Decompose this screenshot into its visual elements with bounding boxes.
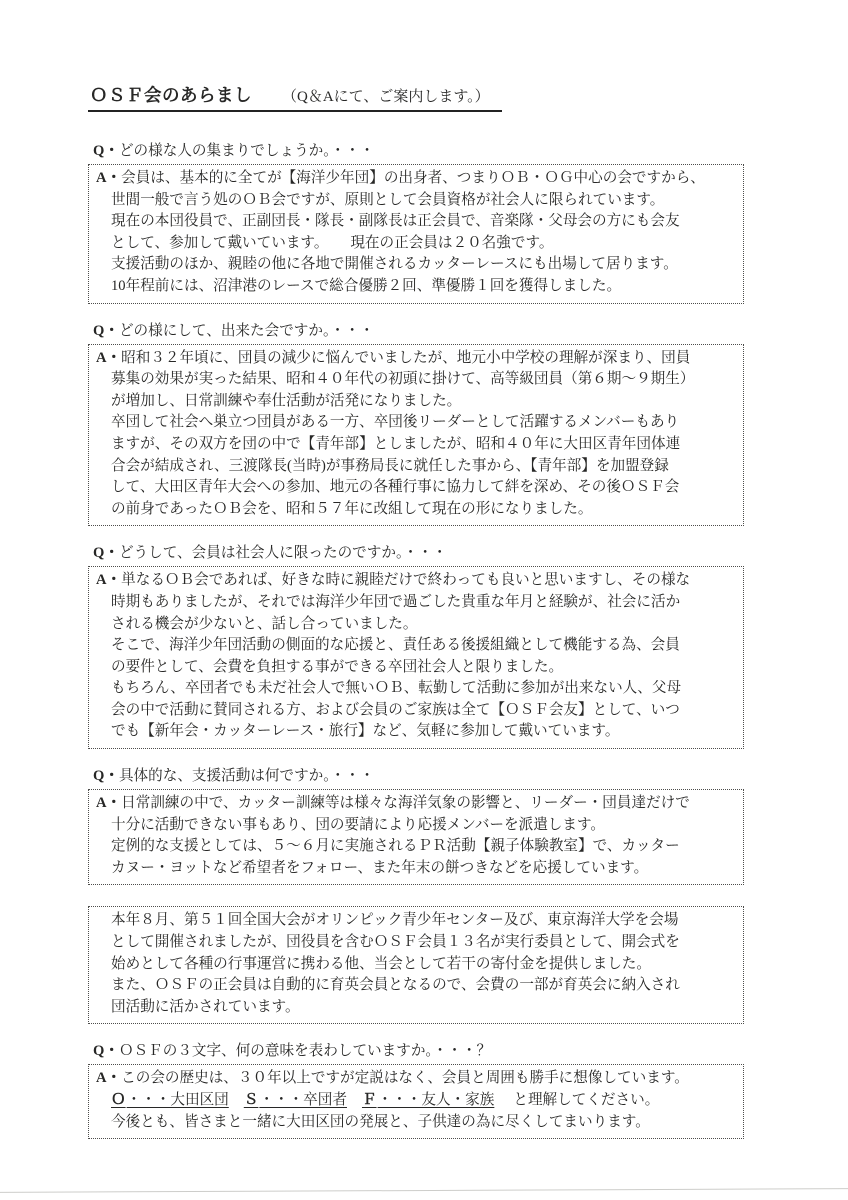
question-5: Q・ＯＳＦの３文字、何の意味を表わしていますか。・・・？ [88, 1039, 744, 1060]
scan-edge-artifact [0, 1188, 848, 1193]
osf-definition-f: Ｆ・・・友人・家族 [362, 1092, 494, 1108]
answer-box-3: A・単なるＯＢ会であれば、好きな時に親睦だけで終わっても良いと思いますし、その様… [88, 566, 744, 749]
question-2: Q・どの様にして、出来た会ですか。・・・ [88, 319, 744, 340]
answer-line: A・昭和３２年頃に、団員の減少に悩んでいましたが、地元小中学校の理解が深まり、団… [96, 348, 738, 370]
question-1: Q・どの様な人の集まりでしょうか。・・・ [88, 139, 744, 160]
answer-line: の前身であったＯＢ会を、昭和５７年に改組して現在の形になりました。 [96, 499, 738, 521]
notice-line: 団活動に活かされています。 [96, 997, 738, 1019]
answer-line: 現在の本団役員で、正副団長・隊長・副隊長は正会員で、音楽隊・父母会の方にも会友 [96, 211, 738, 233]
answer-line: して、大田区青年大会への参加、地元の各種行事に協力して絆を深め、その後ＯＳＦ会 [96, 477, 738, 499]
osf-definition-o: Ｏ・・・大田区団 [111, 1092, 229, 1108]
closing-line: 今後とも、皆さまと一緒に大田区団の発展と、子供達の為に尽くしてまいります。 [96, 1112, 738, 1134]
answer-line: 時期もありましたが、それでは海洋少年団で過ごした貴重な年月と経験が、社会に活か [96, 592, 738, 614]
title-text: ＯＳＦ会のあらまし [90, 85, 252, 105]
answer-line: 募集の効果が実った結果、昭和４０年代の初頭に掛けて、高等級団員（第６期～９期生） [96, 369, 738, 391]
notice-line: また、ＯＳＦの正会員は自動的に育英会員となるので、会費の一部が育英会に納入され [96, 975, 738, 997]
osf-definitions-line: Ｏ・・・大田区団Ｓ・・・卒団者Ｆ・・・友人・家族と理解してください。 [96, 1090, 738, 1112]
qa-section-4: Q・具体的な、支援活動は何ですか。・・・ A・日常訓練の中で、カッター訓練等は様… [88, 764, 744, 885]
osf-letter-s: Ｓ [244, 1092, 259, 1108]
answer-line: そこで、海洋少年団活動の側面的な応援と、責任ある後援組織として機能する為、会員 [96, 635, 738, 657]
answer-line: A・この会の歴史は、３０年以上ですが定説はなく、会員と周囲も勝手に想像しています… [96, 1068, 738, 1090]
answer-box-4: A・日常訓練の中で、カッター訓練等は様々な海洋気象の影響と、リーダー・団員達だけ… [88, 789, 744, 885]
osf-letter-o: Ｏ [111, 1092, 126, 1108]
qa-section-1: Q・どの様な人の集まりでしょうか。・・・ A・会員は、基本的に全てが【海洋少年団… [88, 139, 744, 304]
answer-line: カヌー・ヨットなど希望者をフォロー、また年末の餅つきなどを応援しています。 [96, 858, 738, 880]
question-3: Q・どうして、会員は社会人に限ったのですか。・・・ [88, 541, 744, 562]
document-title: ＯＳＦ会のあらまし（Q＆Aにて、ご案内します。） [88, 82, 502, 112]
answer-box-1: A・会員は、基本的に全てが【海洋少年団】の出身者、つまりＯＢ・ＯＧ中心の会ですか… [88, 164, 744, 304]
answer-line: A・日常訓練の中で、カッター訓練等は様々な海洋気象の影響と、リーダー・団員達だけ… [96, 793, 738, 815]
answer-line: される機会が少ないと、話し合っていました。 [96, 614, 738, 636]
answer-box-5: A・この会の歴史は、３０年以上ですが定説はなく、会員と周囲も勝手に想像しています… [88, 1064, 744, 1139]
notice-line: 始めとして各種の行事運営に携わる他、当会として若干の寄付金を提供しました。 [96, 954, 738, 976]
answer-line: の要件として、会費を負担する事ができる卒団社会人と限りました。 [96, 657, 738, 679]
answer-line: が増加し、日常訓練や奉仕活動が活発になりました。 [96, 391, 738, 413]
answer-line: 支援活動のほか、親睦の他に各地で開催されるカッターレースにも出場して居ります。 [96, 254, 738, 276]
notice-box: 本年８月、第５１回全国大会がオリンピック青少年センター及び、東京海洋大学を会場 … [88, 906, 744, 1024]
notice-section: 本年８月、第５１回全国大会がオリンピック青少年センター及び、東京海洋大学を会場 … [88, 906, 744, 1024]
osf-definition-s: Ｓ・・・卒団者 [244, 1092, 347, 1108]
answer-line: 合会が結成され、三渡隊長(当時)が事務局長に就任した事から、【青年部】を加盟登録 [96, 456, 738, 478]
answer-line: A・単なるＯＢ会であれば、好きな時に親睦だけで終わっても良いと思いますし、その様… [96, 570, 738, 592]
answer-line: 十分に活動できない事もあり、団の要請により応援メンバーを派遣します。 [96, 815, 738, 837]
document-page: ＯＳＦ会のあらまし（Q＆Aにて、ご案内します。） Q・どの様な人の集まりでしょう… [88, 82, 744, 1139]
answer-line: もちろん、卒団者でも未だ社会人で無いＯＢ、転勤して活動に参加が出来ない人、父母 [96, 678, 738, 700]
qa-section-2: Q・どの様にして、出来た会ですか。・・・ A・昭和３２年頃に、団員の減少に悩んで… [88, 319, 744, 527]
answer-line: 卒団して社会へ巣立つ団員がある一方、卒団後リーダーとして活躍するメンバーもあり [96, 412, 738, 434]
title-note: （Q＆Aにて、ご案内します。） [282, 89, 490, 105]
answer-line: ますが、その双方を団の中で【青年部】としましたが、昭和４０年に大田区青年団体連 [96, 434, 738, 456]
answer-line: 定例的な支援としては、５～６月に実施されるＰＲ活動【親子体験教室】で、カッター [96, 836, 738, 858]
qa-section-5: Q・ＯＳＦの３文字、何の意味を表わしていますか。・・・？ A・この会の歴史は、３… [88, 1039, 744, 1139]
osf-definition-o-text: ・・・大田区団 [127, 1092, 229, 1108]
answer-line: 世間一般で言う処のＯＢ会ですが、原則として会員資格が社会人に限られています。 [96, 190, 738, 212]
answer-line: 会の中で活動に賛同される方、および会員のご家族は全て【ＯＳＦ会友】として、いつ [96, 700, 738, 722]
osf-definition-f-text: ・・・友人・家族 [378, 1092, 495, 1108]
osf-definitions-suffix: と理解してください。 [513, 1092, 659, 1108]
answer-line: 10年程前には、沼津港のレースで総合優勝２回、準優勝１回を獲得しました。 [96, 276, 738, 298]
osf-definition-s-text: ・・・卒団者 [259, 1092, 347, 1108]
answer-box-2: A・昭和３２年頃に、団員の減少に悩んでいましたが、地元小中学校の理解が深まり、団… [88, 344, 744, 527]
answer-line: でも【新年会・カッターレース・旅行】など、気軽に参加して戴いています。 [96, 721, 738, 743]
answer-line: A・会員は、基本的に全てが【海洋少年団】の出身者、つまりＯＢ・ＯＧ中心の会ですか… [96, 168, 738, 190]
qa-section-3: Q・どうして、会員は社会人に限ったのですか。・・・ A・単なるＯＢ会であれば、好… [88, 541, 744, 749]
osf-letter-f: Ｆ [362, 1092, 377, 1108]
notice-line: として開催されましたが、団役員を含むＯＳＦ会員１３名が実行委員として、開会式を [96, 932, 738, 954]
question-4: Q・具体的な、支援活動は何ですか。・・・ [88, 764, 744, 785]
answer-line: として、参加して戴いています。 現在の正会員は２０名強です。 [96, 233, 738, 255]
notice-line: 本年８月、第５１回全国大会がオリンピック青少年センター及び、東京海洋大学を会場 [96, 910, 738, 932]
